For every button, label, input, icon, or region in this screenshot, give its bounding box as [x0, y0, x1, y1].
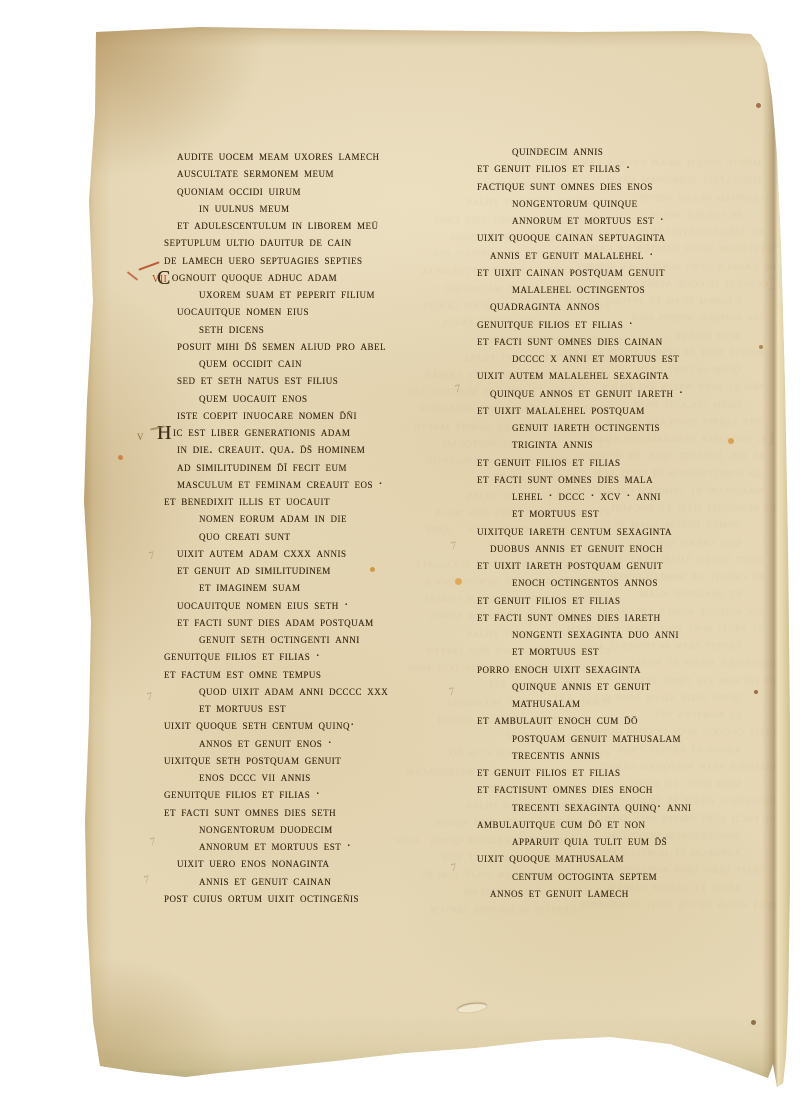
ink-speck — [756, 103, 761, 108]
text-line: seth dicens — [164, 321, 494, 338]
text-line: malalehel octingentos — [477, 281, 800, 298]
ink-speck — [455, 578, 462, 585]
paragraph-mark: 7 — [450, 862, 458, 875]
text-line: et genuit filios et filias — [477, 592, 800, 609]
text-line: nongenti sexaginta duo anni — [477, 626, 800, 643]
text-line: postquam genuit mathusalam — [477, 730, 800, 747]
text-line: apparuit quia tulit eum d̄s̄ — [477, 833, 800, 850]
text-line: uixit quoque seth centum quinq· — [164, 717, 494, 734]
text-line: lehel · dccc · xcv · anni — [477, 488, 800, 505]
text-line: masculum et feminam creauit eos · — [164, 476, 494, 493]
text-line: audite uocem meam uxores lamech — [164, 148, 494, 165]
text-line: annis et genuit malalehel · — [477, 247, 800, 264]
text-line: quod uixit adam anni dcccc xxx — [164, 683, 494, 700]
text-line: nomen eorum adam in die — [164, 510, 494, 527]
text-line: quem occidit cain — [164, 355, 494, 372]
text-line: quindecim annis — [477, 143, 800, 160]
text-line: et facti sunt omnes dies cainan — [477, 333, 800, 350]
text-line: trecentis annis — [477, 747, 800, 764]
text-line: et genuit filios et filias — [477, 454, 800, 471]
ink-speck — [728, 438, 734, 444]
text-line: et factum est omne tempus — [164, 666, 494, 683]
text-line: uocauitque nomen eius seth · — [164, 597, 494, 614]
text-column-left: audite uocem meam uxores lamechauscultat… — [164, 148, 494, 907]
ink-speck — [751, 1020, 756, 1025]
text-line: et imaginem suam — [164, 579, 494, 596]
parchment-flaw — [457, 1001, 488, 1014]
ink-speck — [370, 567, 375, 572]
text-line: auscultate sermonem meum — [164, 165, 494, 182]
ink-speck — [754, 690, 758, 694]
text-line: quoniam occidi uirum — [164, 183, 494, 200]
text-line: uixitque seth postquam genuit — [164, 752, 494, 769]
text-line: annorum et mortuus est · — [477, 212, 800, 229]
text-line: nongentorum quinque — [477, 195, 800, 212]
chapter-number-vii: vii — [152, 271, 167, 287]
text-line: et uixit malalehel postquam — [477, 402, 800, 419]
text-line: porro enoch uixit sexaginta — [477, 661, 800, 678]
text-line: genuit iareth octingentis — [477, 419, 800, 436]
text-line: et adulescentulum in liborem meū — [164, 217, 494, 234]
text-line: post cuius ortum uixit octingen̄is — [164, 890, 494, 907]
text-line: enoch octingentos annos — [477, 574, 800, 591]
text-line: et genuit ad similitudinem — [164, 562, 494, 579]
text-line: et benedixit illis et uocauit — [164, 493, 494, 510]
text-line: triginta annis — [477, 436, 800, 453]
text-line: et ambulauit enoch cum d̄ō — [477, 712, 800, 729]
text-line: hic est liber generationis adam — [157, 424, 494, 441]
ink-speck — [118, 455, 123, 460]
text-line: quem uocauit enos — [164, 390, 494, 407]
text-line: et uixit cainan postquam genuit — [477, 264, 800, 281]
text-line: uxorem suam et peperit filium — [164, 286, 494, 303]
text-line: ambulauitque cum d̄ō et non — [477, 816, 800, 833]
parchment-leaf: quindecim anniset genuit filios et filia… — [80, 26, 796, 1092]
text-line: et factisunt omnes dies enoch — [477, 781, 800, 798]
text-line: et facti sunt omnes dies iareth — [477, 609, 800, 626]
text-line: et mortuus est — [164, 700, 494, 717]
text-line: et mortuus est — [477, 643, 800, 660]
text-line: et genuit filios et filias — [477, 764, 800, 781]
text-line: genuitque filios et filias · — [164, 786, 494, 803]
paragraph-mark: 7 — [448, 686, 456, 699]
text-line: in die. creauit. qua. d̄s̄ hominem — [164, 441, 494, 458]
text-line: septuplum ultio dauitur de cain — [164, 234, 494, 251]
text-line: uixit autem malalehel sexaginta — [477, 367, 800, 384]
text-line: genuit seth octingenti anni — [164, 631, 494, 648]
text-line: quinque annis et genuit — [477, 678, 800, 695]
paragraph-mark: 7 — [143, 874, 151, 887]
text-line: posuit mihi d̄s̄ semen aliud pro abel — [164, 338, 494, 355]
text-line: annorum et mortuus est · — [164, 838, 494, 855]
text-line: annos et genuit enos · — [164, 735, 494, 752]
text-line: enos dccc vii annis — [164, 769, 494, 786]
text-line: uocauitque nomen eius — [164, 303, 494, 320]
paragraph-mark: 7 — [454, 383, 462, 396]
text-line: factique sunt omnes dies enos — [477, 178, 800, 195]
text-line: trecenti sexaginta quinq· anni — [477, 799, 800, 816]
text-line: ad similitudinem d̄ī fecit eum — [164, 459, 494, 476]
text-column-right: quindecim anniset genuit filios et filia… — [477, 143, 800, 902]
paragraph-mark: 7 — [149, 836, 157, 849]
text-line: nongentorum duodecim — [164, 821, 494, 838]
paragraph-mark: 7 — [450, 540, 458, 553]
text-line: quinque annos et genuit iareth · — [477, 385, 800, 402]
text-line: annos et genuit lamech — [477, 885, 800, 902]
text-line: mathusalam — [477, 695, 800, 712]
text-line: duobus annis et genuit enoch — [477, 540, 800, 557]
text-line: sed et seth natus est filius — [164, 372, 494, 389]
paragraph-mark: 7 — [148, 550, 156, 563]
text-line: annis et genuit cainan — [164, 873, 494, 890]
text-line: genuitque filios et filias · — [164, 648, 494, 665]
text-line: uixit autem adam cxxx annis — [164, 545, 494, 562]
text-line: et facti sunt omnes dies seth — [164, 804, 494, 821]
text-line: et facti sunt dies adam postquam — [164, 614, 494, 631]
text-line: quo creati sunt — [164, 528, 494, 545]
text-line: et uixit iareth postquam genuit — [477, 557, 800, 574]
text-line: cognouit quoque adhuc adam — [157, 269, 494, 286]
chapter-number-v: v — [137, 429, 144, 444]
text-line: et genuit filios et filias · — [477, 160, 800, 177]
text-line: centum octoginta septem — [477, 868, 800, 885]
text-line: iste coepit inuocare nomen d̄n̄i — [164, 407, 494, 424]
text-line: et facti sunt omnes dies mala — [477, 471, 800, 488]
text-line: de lamech uero septuagies septies — [164, 252, 494, 269]
enlarged-initial: h — [157, 414, 172, 446]
text-line: et mortuus est — [477, 505, 800, 522]
text-line: in uulnus meum — [164, 200, 494, 217]
manuscript-photo: quindecim anniset genuit filios et filia… — [0, 0, 800, 1106]
text-line: uixit uero enos nonaginta — [164, 855, 494, 872]
text-line: uixit quoque cainan septuaginta — [477, 229, 800, 246]
paraph-stroke — [127, 271, 138, 281]
text-line: dcccc x anni et mortuus est — [477, 350, 800, 367]
paragraph-mark: 7 — [146, 691, 154, 704]
text-line: uixit quoque mathusalam — [477, 850, 800, 867]
text-line: genuitque filios et filias · — [477, 316, 800, 333]
ink-speck — [759, 345, 763, 349]
text-line: uixitque iareth centum sexaginta — [477, 523, 800, 540]
text-line: quadraginta annos — [477, 298, 800, 315]
